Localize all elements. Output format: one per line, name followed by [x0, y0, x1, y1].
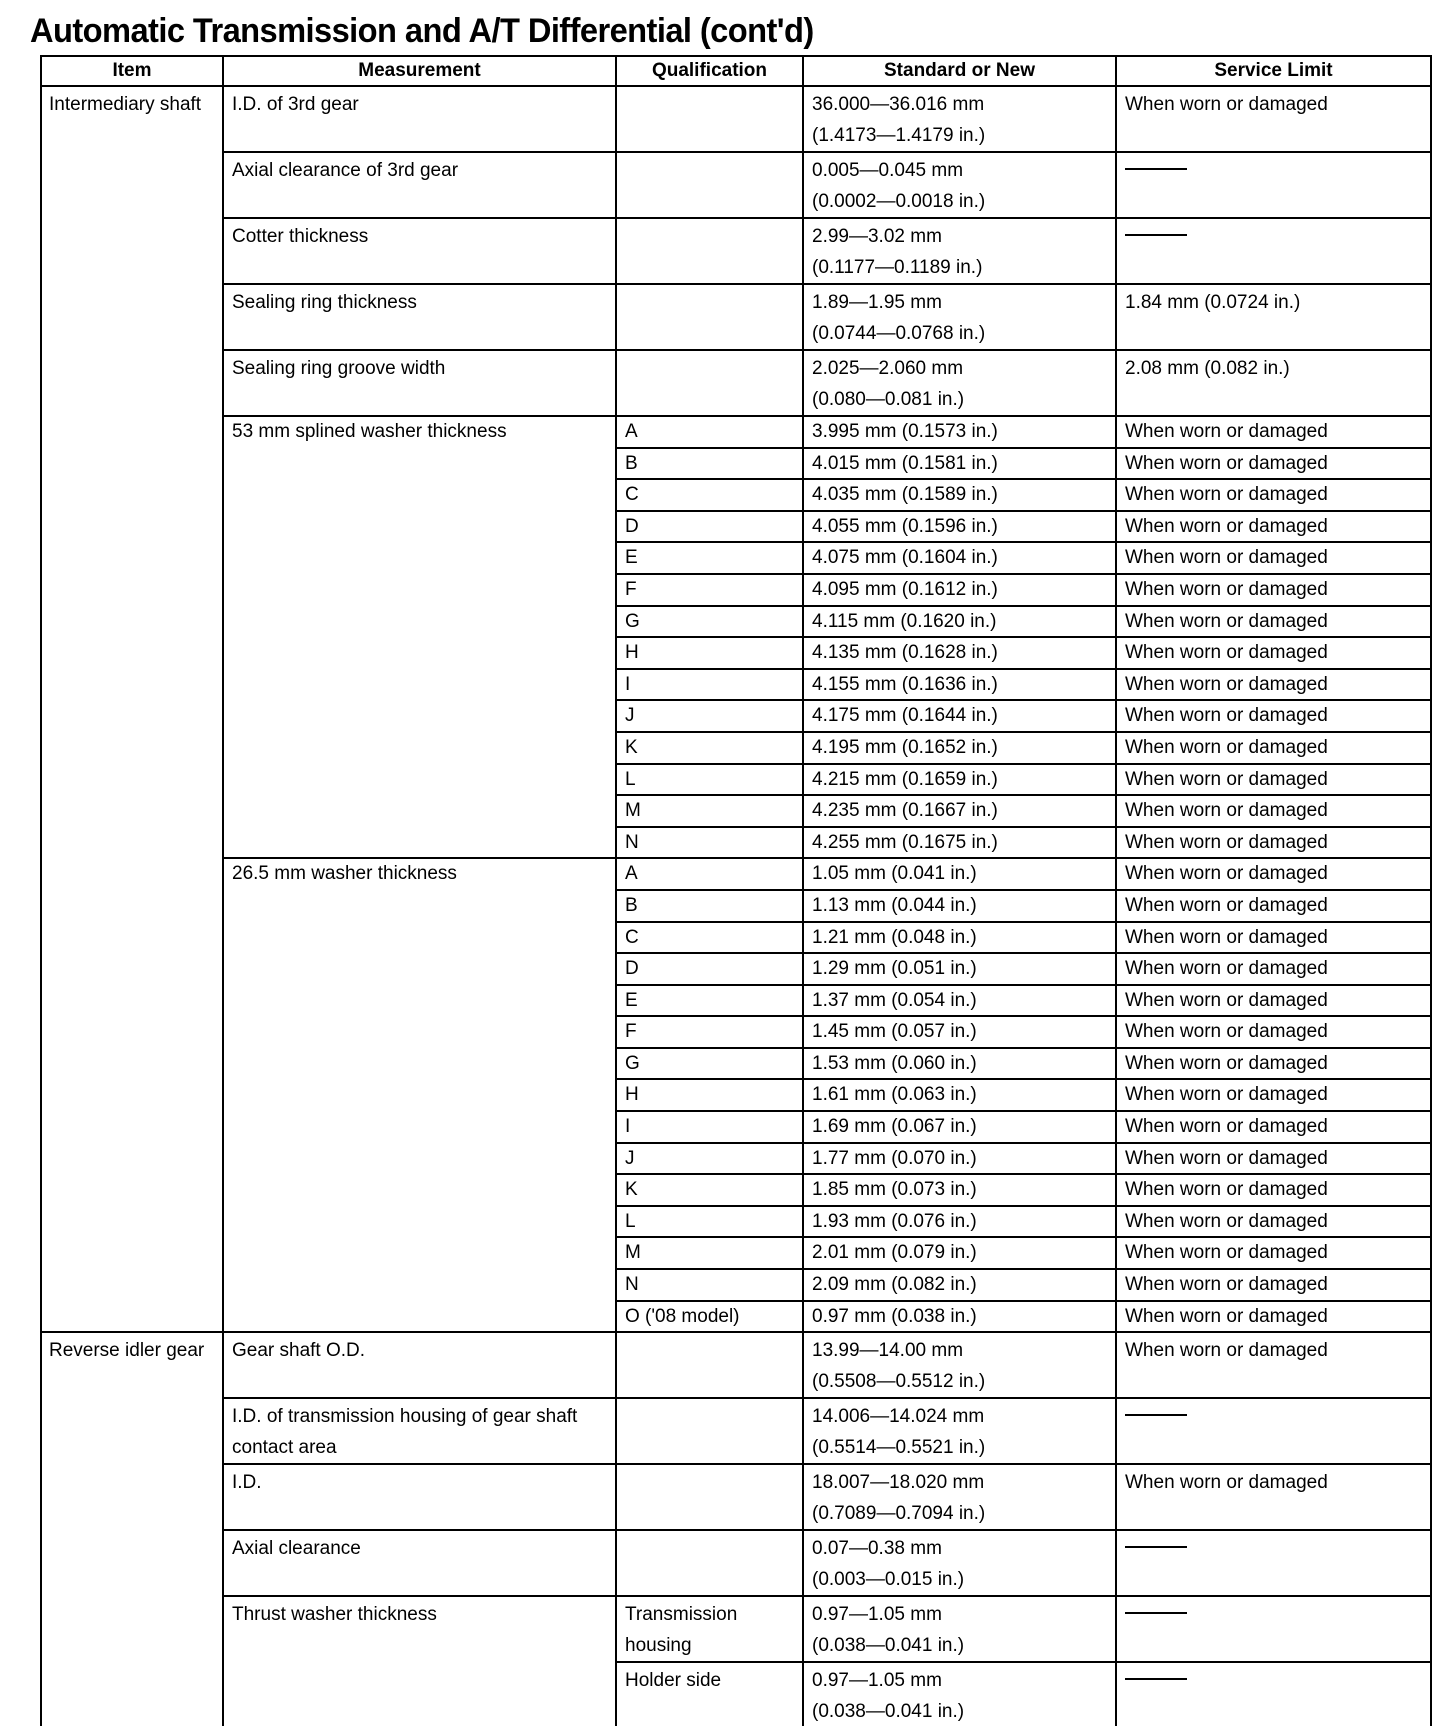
not-applicable-dash — [1125, 234, 1187, 236]
standard-value: 4.195 mm (0.1652 in.) — [812, 733, 1107, 763]
standard-cell: 3.995 mm (0.1573 in.) — [803, 416, 1116, 448]
service-limit-value: When worn or damaged — [1125, 927, 1328, 948]
service-limit-value: When worn or damaged — [1125, 1148, 1328, 1169]
table-body: Intermediary shaftI.D. of 3rd gear36.000… — [41, 86, 1431, 1726]
standard-value: 4.215 mm (0.1659 in.) — [812, 765, 1107, 795]
qualification-cell: F — [616, 574, 803, 606]
standard-cell: 1.69 mm (0.067 in.) — [803, 1111, 1116, 1143]
service-limit-value: When worn or damaged — [1125, 958, 1328, 979]
service-limit-cell: When worn or damaged — [1116, 416, 1431, 448]
standard-cell: 4.255 mm (0.1675 in.) — [803, 827, 1116, 859]
qualification-cell: Transmission housing — [616, 1596, 803, 1662]
table-row: 53 mm splined washer thicknessA3.995 mm … — [41, 416, 1431, 448]
standard-value: (1.4173—1.4179 in.) — [812, 120, 1107, 151]
measurement-cell: Sealing ring thickness — [223, 284, 616, 350]
qualification-cell: D — [616, 953, 803, 985]
service-limit-cell: When worn or damaged — [1116, 1237, 1431, 1269]
standard-value: (0.5508—0.5512 in.) — [812, 1366, 1107, 1397]
service-limit-cell: When worn or damaged — [1116, 1079, 1431, 1111]
qualification-cell: G — [616, 1048, 803, 1080]
measurement-cell: Axial clearance of 3rd gear — [223, 152, 616, 218]
standard-cell: 4.015 mm (0.1581 in.) — [803, 448, 1116, 480]
standard-cell: 4.035 mm (0.1589 in.) — [803, 479, 1116, 511]
qualification-cell — [616, 1332, 803, 1398]
service-limit-cell: When worn or damaged — [1116, 542, 1431, 574]
qualification-cell: G — [616, 606, 803, 638]
standard-value: 4.015 mm (0.1581 in.) — [812, 449, 1107, 479]
service-limit-value: When worn or damaged — [1125, 769, 1328, 790]
standard-value: 2.99—3.02 mm — [812, 221, 1107, 252]
qualification-cell: N — [616, 1269, 803, 1301]
standard-value: 4.255 mm (0.1675 in.) — [812, 828, 1107, 858]
table-row: I.D.18.007—18.020 mm(0.7089—0.7094 in.)W… — [41, 1464, 1431, 1530]
standard-value: 4.135 mm (0.1628 in.) — [812, 638, 1107, 668]
measurement-cell: I.D. of 3rd gear — [223, 86, 616, 152]
qualification-cell: I — [616, 669, 803, 701]
service-limit-cell — [1116, 218, 1431, 284]
qualification-cell: D — [616, 511, 803, 543]
standard-value: (0.080—0.081 in.) — [812, 384, 1107, 415]
not-applicable-dash — [1125, 1546, 1187, 1548]
service-limit-cell: When worn or damaged — [1116, 890, 1431, 922]
standard-cell: 4.135 mm (0.1628 in.) — [803, 637, 1116, 669]
standard-value: 1.53 mm (0.060 in.) — [812, 1049, 1107, 1079]
qualification-cell: K — [616, 1174, 803, 1206]
service-limit-value: When worn or damaged — [1125, 737, 1328, 758]
standard-cell: 0.97—1.05 mm(0.038—0.041 in.) — [803, 1662, 1116, 1726]
standard-value: 1.37 mm (0.054 in.) — [812, 986, 1107, 1016]
standard-value: 0.97 mm (0.038 in.) — [812, 1302, 1107, 1332]
qualification-cell: H — [616, 637, 803, 669]
standard-value: (0.038—0.041 in.) — [812, 1696, 1107, 1726]
standard-value: 1.77 mm (0.070 in.) — [812, 1144, 1107, 1174]
standard-cell: 1.53 mm (0.060 in.) — [803, 1048, 1116, 1080]
standard-value: 4.055 mm (0.1596 in.) — [812, 512, 1107, 542]
standard-cell: 4.195 mm (0.1652 in.) — [803, 732, 1116, 764]
qualification-cell — [616, 152, 803, 218]
standard-value: 1.61 mm (0.063 in.) — [812, 1080, 1107, 1110]
service-limit-cell: When worn or damaged — [1116, 574, 1431, 606]
service-spec-table: Item Measurement Qualification Standard … — [40, 55, 1432, 1726]
standard-value: 1.21 mm (0.048 in.) — [812, 923, 1107, 953]
standard-value: (0.5514—0.5521 in.) — [812, 1432, 1107, 1463]
qualification-cell — [616, 350, 803, 416]
service-limit-value: When worn or damaged — [1125, 484, 1328, 505]
service-limit-cell: When worn or damaged — [1116, 953, 1431, 985]
service-limit-value: When worn or damaged — [1125, 1021, 1328, 1042]
standard-cell: 1.89—1.95 mm(0.0744—0.0768 in.) — [803, 284, 1116, 350]
header-item: Item — [41, 56, 223, 86]
standard-cell: 1.05 mm (0.041 in.) — [803, 858, 1116, 890]
header-standard: Standard or New — [803, 56, 1116, 86]
service-limit-value: When worn or damaged — [1125, 895, 1328, 916]
not-applicable-dash — [1125, 168, 1187, 170]
not-applicable-dash — [1125, 1414, 1187, 1416]
qualification-cell — [616, 1398, 803, 1464]
standard-cell: 2.99—3.02 mm(0.1177—0.1189 in.) — [803, 218, 1116, 284]
service-limit-value: When worn or damaged — [1125, 832, 1328, 853]
service-limit-value: When worn or damaged — [1125, 1274, 1328, 1295]
table-row: 26.5 mm washer thicknessA1.05 mm (0.041 … — [41, 858, 1431, 890]
standard-cell: 36.000—36.016 mm(1.4173—1.4179 in.) — [803, 86, 1116, 152]
standard-cell: 1.77 mm (0.070 in.) — [803, 1143, 1116, 1175]
measurement-cell: Sealing ring groove width — [223, 350, 616, 416]
standard-value: 0.97—1.05 mm — [812, 1599, 1107, 1630]
standard-cell: 2.01 mm (0.079 in.) — [803, 1237, 1116, 1269]
service-limit-cell: When worn or damaged — [1116, 1206, 1431, 1238]
standard-cell: 1.37 mm (0.054 in.) — [803, 985, 1116, 1017]
qualification-cell: M — [616, 1237, 803, 1269]
standard-value: 14.006—14.024 mm — [812, 1401, 1107, 1432]
standard-value: (0.0002—0.0018 in.) — [812, 186, 1107, 217]
service-limit-value: When worn or damaged — [1125, 94, 1328, 115]
table-row: Sealing ring thickness1.89—1.95 mm(0.074… — [41, 284, 1431, 350]
standard-cell: 13.99—14.00 mm(0.5508—0.5512 in.) — [803, 1332, 1116, 1398]
standard-value: 4.095 mm (0.1612 in.) — [812, 575, 1107, 605]
service-limit-cell: When worn or damaged — [1116, 985, 1431, 1017]
standard-cell: 1.61 mm (0.063 in.) — [803, 1079, 1116, 1111]
service-limit-cell: When worn or damaged — [1116, 700, 1431, 732]
service-limit-value: When worn or damaged — [1125, 421, 1328, 442]
qualification-cell: Holder side — [616, 1662, 803, 1726]
standard-value: 1.45 mm (0.057 in.) — [812, 1017, 1107, 1047]
service-limit-cell: 1.84 mm (0.0724 in.) — [1116, 284, 1431, 350]
qualification-cell: L — [616, 1206, 803, 1238]
service-limit-cell: When worn or damaged — [1116, 86, 1431, 152]
table-row: Axial clearance of 3rd gear0.005—0.045 m… — [41, 152, 1431, 218]
standard-value: 1.93 mm (0.076 in.) — [812, 1207, 1107, 1237]
qualification-cell: J — [616, 1143, 803, 1175]
service-limit-value: 2.08 mm (0.082 in.) — [1125, 358, 1290, 379]
qualification-cell: M — [616, 795, 803, 827]
service-limit-value: When worn or damaged — [1125, 1306, 1328, 1327]
standard-value: 2.09 mm (0.082 in.) — [812, 1270, 1107, 1300]
standard-cell: 1.45 mm (0.057 in.) — [803, 1016, 1116, 1048]
qualification-cell: N — [616, 827, 803, 859]
standard-cell: 4.155 mm (0.1636 in.) — [803, 669, 1116, 701]
service-limit-value: When worn or damaged — [1125, 1340, 1328, 1361]
service-limit-cell: When worn or damaged — [1116, 637, 1431, 669]
service-limit-cell: When worn or damaged — [1116, 922, 1431, 954]
standard-cell: 1.29 mm (0.051 in.) — [803, 953, 1116, 985]
table-row: Reverse idler gearGear shaft O.D.13.99—1… — [41, 1332, 1431, 1398]
service-limit-cell: When worn or damaged — [1116, 732, 1431, 764]
item-cell: Intermediary shaft — [41, 86, 223, 1332]
table-row: Cotter thickness2.99—3.02 mm(0.1177—0.11… — [41, 218, 1431, 284]
service-limit-cell: When worn or damaged — [1116, 1174, 1431, 1206]
qualification-cell: B — [616, 448, 803, 480]
service-limit-value: When worn or damaged — [1125, 990, 1328, 1011]
header-qualification: Qualification — [616, 56, 803, 86]
qualification-cell: O ('08 model) — [616, 1301, 803, 1333]
not-applicable-dash — [1125, 1612, 1187, 1614]
standard-value: (0.003—0.015 in.) — [812, 1564, 1107, 1595]
service-limit-cell — [1116, 1530, 1431, 1596]
qualification-cell: E — [616, 542, 803, 574]
table-row: Thrust washer thicknessTransmission hous… — [41, 1596, 1431, 1662]
qualification-cell: L — [616, 764, 803, 796]
standard-cell: 4.075 mm (0.1604 in.) — [803, 542, 1116, 574]
qualification-cell: C — [616, 922, 803, 954]
service-limit-value: When worn or damaged — [1125, 800, 1328, 821]
qualification-cell: B — [616, 890, 803, 922]
standard-cell: 2.025—2.060 mm(0.080—0.081 in.) — [803, 350, 1116, 416]
table-row: Sealing ring groove width2.025—2.060 mm(… — [41, 350, 1431, 416]
measurement-cell: Thrust washer thickness — [223, 1596, 616, 1726]
service-limit-cell: 2.08 mm (0.082 in.) — [1116, 350, 1431, 416]
service-limit-value: When worn or damaged — [1125, 1472, 1328, 1493]
standard-value: 4.115 mm (0.1620 in.) — [812, 607, 1107, 637]
qualification-cell — [616, 1464, 803, 1530]
service-limit-value: When worn or damaged — [1125, 516, 1328, 537]
service-limit-value: When worn or damaged — [1125, 705, 1328, 726]
service-limit-cell: When worn or damaged — [1116, 1269, 1431, 1301]
qualification-cell: A — [616, 416, 803, 448]
page-title: Automatic Transmission and A/T Different… — [30, 12, 814, 51]
measurement-cell: I.D. — [223, 1464, 616, 1530]
standard-value: 4.035 mm (0.1589 in.) — [812, 480, 1107, 510]
service-limit-value: When worn or damaged — [1125, 1179, 1328, 1200]
measurement-cell: I.D. of transmission housing of gear sha… — [223, 1398, 616, 1464]
service-limit-cell: When worn or damaged — [1116, 479, 1431, 511]
standard-value: 1.89—1.95 mm — [812, 287, 1107, 318]
service-limit-cell: When worn or damaged — [1116, 1301, 1431, 1333]
service-limit-value: When worn or damaged — [1125, 642, 1328, 663]
standard-value: 2.01 mm (0.079 in.) — [812, 1238, 1107, 1268]
service-limit-value: 1.84 mm (0.0724 in.) — [1125, 292, 1300, 313]
table-row: I.D. of transmission housing of gear sha… — [41, 1398, 1431, 1464]
standard-cell: 4.115 mm (0.1620 in.) — [803, 606, 1116, 638]
standard-cell: 1.93 mm (0.076 in.) — [803, 1206, 1116, 1238]
standard-cell: 18.007—18.020 mm(0.7089—0.7094 in.) — [803, 1464, 1116, 1530]
header-service-limit: Service Limit — [1116, 56, 1431, 86]
qualification-cell: E — [616, 985, 803, 1017]
service-limit-value: When worn or damaged — [1125, 1242, 1328, 1263]
service-limit-cell: When worn or damaged — [1116, 764, 1431, 796]
qualification-cell — [616, 1530, 803, 1596]
standard-value: (0.7089—0.7094 in.) — [812, 1498, 1107, 1529]
service-limit-value: When worn or damaged — [1125, 1053, 1328, 1074]
standard-value: 1.85 mm (0.073 in.) — [812, 1175, 1107, 1205]
service-limit-cell: When worn or damaged — [1116, 795, 1431, 827]
qualification-cell — [616, 284, 803, 350]
table-row: Axial clearance0.07—0.38 mm(0.003—0.015 … — [41, 1530, 1431, 1596]
service-limit-cell: When worn or damaged — [1116, 1016, 1431, 1048]
measurement-cell: Axial clearance — [223, 1530, 616, 1596]
standard-value: 18.007—18.020 mm — [812, 1467, 1107, 1498]
service-limit-cell: When worn or damaged — [1116, 511, 1431, 543]
standard-cell: 4.175 mm (0.1644 in.) — [803, 700, 1116, 732]
service-limit-cell: When worn or damaged — [1116, 858, 1431, 890]
standard-value: 4.235 mm (0.1667 in.) — [812, 796, 1107, 826]
service-limit-cell: When worn or damaged — [1116, 448, 1431, 480]
service-limit-cell: When worn or damaged — [1116, 1111, 1431, 1143]
service-limit-cell: When worn or damaged — [1116, 669, 1431, 701]
qualification-cell: F — [616, 1016, 803, 1048]
standard-value: (0.1177—0.1189 in.) — [812, 252, 1107, 283]
table-header-row: Item Measurement Qualification Standard … — [41, 56, 1431, 86]
measurement-cell: 26.5 mm washer thickness — [223, 858, 616, 1332]
service-limit-value: When worn or damaged — [1125, 863, 1328, 884]
service-limit-value: When worn or damaged — [1125, 611, 1328, 632]
service-limit-cell — [1116, 1398, 1431, 1464]
standard-value: (0.0744—0.0768 in.) — [812, 318, 1107, 349]
service-limit-value: When worn or damaged — [1125, 453, 1328, 474]
service-limit-cell: When worn or damaged — [1116, 1048, 1431, 1080]
service-limit-cell: When worn or damaged — [1116, 606, 1431, 638]
qualification-cell — [616, 218, 803, 284]
qualification-cell: C — [616, 479, 803, 511]
standard-value: 36.000—36.016 mm — [812, 89, 1107, 120]
qualification-cell: I — [616, 1111, 803, 1143]
header-measurement: Measurement — [223, 56, 616, 86]
standard-value: 4.175 mm (0.1644 in.) — [812, 701, 1107, 731]
service-limit-value: When worn or damaged — [1125, 1084, 1328, 1105]
standard-value: 4.155 mm (0.1636 in.) — [812, 670, 1107, 700]
item-cell: Reverse idler gear — [41, 1332, 223, 1726]
service-limit-cell — [1116, 1662, 1431, 1726]
service-limit-value: When worn or damaged — [1125, 547, 1328, 568]
standard-cell: 0.97—1.05 mm(0.038—0.041 in.) — [803, 1596, 1116, 1662]
standard-value: 0.07—0.38 mm — [812, 1533, 1107, 1564]
standard-cell: 0.97 mm (0.038 in.) — [803, 1301, 1116, 1333]
service-limit-value: When worn or damaged — [1125, 1211, 1328, 1232]
standard-cell: 2.09 mm (0.082 in.) — [803, 1269, 1116, 1301]
standard-value: 1.69 mm (0.067 in.) — [812, 1112, 1107, 1142]
standard-value: (0.038—0.041 in.) — [812, 1630, 1107, 1661]
standard-value: 3.995 mm (0.1573 in.) — [812, 417, 1107, 447]
measurement-cell: 53 mm splined washer thickness — [223, 416, 616, 858]
standard-cell: 0.005—0.045 mm(0.0002—0.0018 in.) — [803, 152, 1116, 218]
service-limit-value: When worn or damaged — [1125, 579, 1328, 600]
not-applicable-dash — [1125, 1678, 1187, 1680]
standard-value: 2.025—2.060 mm — [812, 353, 1107, 384]
standard-cell: 14.006—14.024 mm(0.5514—0.5521 in.) — [803, 1398, 1116, 1464]
service-limit-cell: When worn or damaged — [1116, 1143, 1431, 1175]
standard-cell: 4.215 mm (0.1659 in.) — [803, 764, 1116, 796]
standard-cell: 1.85 mm (0.073 in.) — [803, 1174, 1116, 1206]
qualification-cell — [616, 86, 803, 152]
qualification-cell: H — [616, 1079, 803, 1111]
service-limit-cell: When worn or damaged — [1116, 827, 1431, 859]
standard-value: 1.05 mm (0.041 in.) — [812, 859, 1107, 889]
standard-cell: 1.21 mm (0.048 in.) — [803, 922, 1116, 954]
standard-cell: 0.07—0.38 mm(0.003—0.015 in.) — [803, 1530, 1116, 1596]
table-row: Intermediary shaftI.D. of 3rd gear36.000… — [41, 86, 1431, 152]
qualification-cell: J — [616, 700, 803, 732]
qualification-cell: K — [616, 732, 803, 764]
service-limit-cell — [1116, 152, 1431, 218]
standard-cell: 4.235 mm (0.1667 in.) — [803, 795, 1116, 827]
standard-value: 0.005—0.045 mm — [812, 155, 1107, 186]
service-limit-value: When worn or damaged — [1125, 674, 1328, 695]
service-limit-value: When worn or damaged — [1125, 1116, 1328, 1137]
measurement-cell: Cotter thickness — [223, 218, 616, 284]
standard-value: 4.075 mm (0.1604 in.) — [812, 543, 1107, 573]
service-limit-cell: When worn or damaged — [1116, 1464, 1431, 1530]
standard-cell: 1.13 mm (0.044 in.) — [803, 890, 1116, 922]
standard-value: 1.29 mm (0.051 in.) — [812, 954, 1107, 984]
measurement-cell: Gear shaft O.D. — [223, 1332, 616, 1398]
qualification-cell: A — [616, 858, 803, 890]
standard-value: 0.97—1.05 mm — [812, 1665, 1107, 1696]
standard-cell: 4.055 mm (0.1596 in.) — [803, 511, 1116, 543]
standard-value: 1.13 mm (0.044 in.) — [812, 891, 1107, 921]
standard-cell: 4.095 mm (0.1612 in.) — [803, 574, 1116, 606]
service-limit-cell: When worn or damaged — [1116, 1332, 1431, 1398]
standard-value: 13.99—14.00 mm — [812, 1335, 1107, 1366]
service-limit-cell — [1116, 1596, 1431, 1662]
